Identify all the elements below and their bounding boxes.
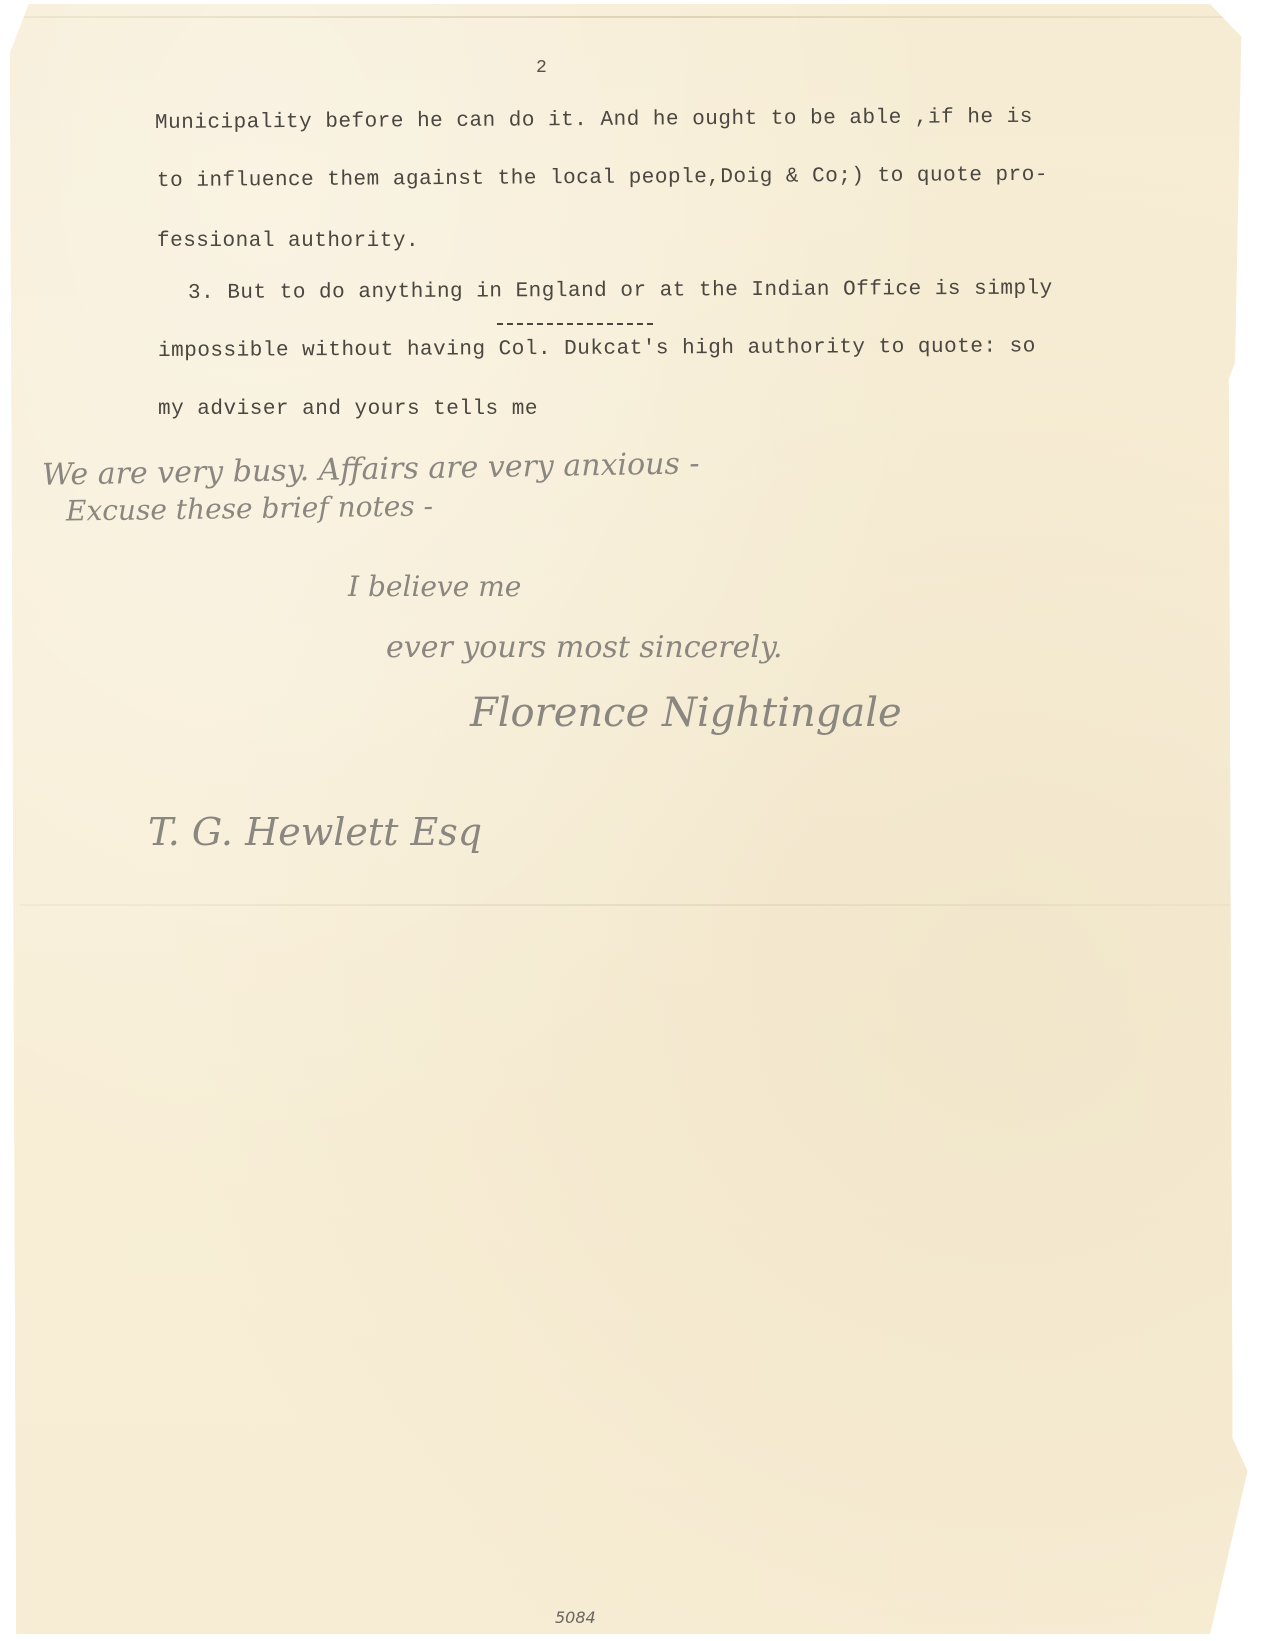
page-fold-line [20, 16, 1260, 18]
closing-line: ever yours most sincerely. [386, 630, 783, 665]
typed-line: my adviser and yours tells me [158, 398, 538, 421]
closing-line: I believe me [348, 570, 521, 603]
dashed-underline [497, 323, 653, 325]
typed-line: fessional authority. [157, 230, 419, 253]
page-number: 2 [536, 58, 547, 78]
signature: Florence Nightingale [470, 690, 902, 736]
typed-line: impossible without having Col. Dukcat's … [158, 335, 1036, 363]
recipient-name: T. G. Hewlett Esq [148, 810, 482, 854]
typed-line: 3. But to do anything in England or at t… [188, 277, 1053, 305]
handwritten-note: Excuse these brief notes - [66, 489, 433, 527]
archive-number: 5084 [555, 1608, 596, 1627]
page-fold-line [20, 904, 1260, 906]
